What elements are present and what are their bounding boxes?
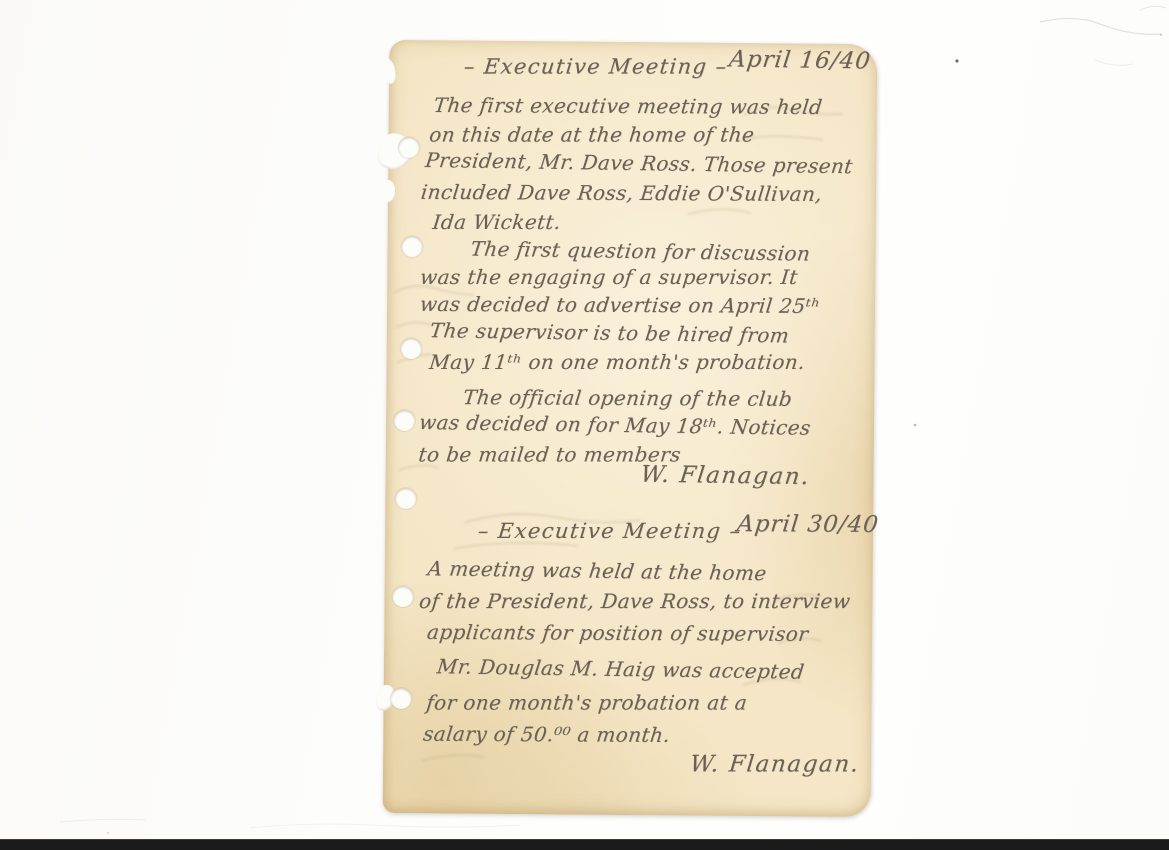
meeting-heading: – Executive Meeting – bbox=[477, 518, 743, 544]
paper-sheet: – Executive Meeting – April 16/40 The fi… bbox=[383, 40, 878, 817]
minutes-line: Mr. Douglas M. Haig was accepted bbox=[435, 653, 805, 684]
signature: W. Flanagan. bbox=[689, 751, 861, 777]
punch-hole bbox=[401, 338, 422, 359]
minutes-line: The first question for discussion bbox=[469, 236, 812, 267]
torn-edge bbox=[380, 57, 398, 85]
punch-hole bbox=[391, 688, 412, 709]
minutes-line: on this date at the home of the bbox=[428, 122, 756, 148]
minutes-line: applicants for position of supervisor bbox=[426, 619, 810, 647]
minutes-line: The official opening of the club bbox=[462, 384, 794, 412]
punch-hole bbox=[392, 586, 413, 607]
punch-hole bbox=[398, 137, 419, 158]
punch-hole bbox=[394, 410, 415, 431]
minutes-line: was decided on for May 18ᵗʰ. Notices bbox=[418, 409, 813, 441]
minutes-line: The supervisor is to be hired from bbox=[428, 317, 790, 348]
minutes-line: was decided to advertise on April 25ᵗʰ bbox=[419, 291, 822, 319]
minutes-line: included Dave Ross, Eddie O'Sullivan, bbox=[420, 179, 824, 207]
minutes-line: Ida Wickett. bbox=[431, 209, 562, 235]
meeting-date: April 16/40 bbox=[728, 46, 873, 74]
punch-hole bbox=[401, 236, 422, 257]
minutes-line: President, Mr. Dave Ross. Those present bbox=[424, 147, 854, 179]
punch-hole bbox=[395, 488, 416, 509]
scanner-edge-bar bbox=[0, 839, 1169, 850]
meeting-date: April 30/40 bbox=[736, 511, 881, 538]
scanned-page: – Executive Meeting – April 16/40 The fi… bbox=[0, 0, 1169, 850]
minutes-line: salary of 50.⁰⁰ a month. bbox=[422, 721, 672, 748]
minutes-line: of the President, Dave Ross, to intervie… bbox=[418, 588, 852, 614]
minutes-line: May 11ᵗʰ on one month's probation. bbox=[428, 349, 806, 375]
meeting-heading: – Executive Meeting – bbox=[463, 54, 729, 80]
minutes-line: The first executive meeting was held bbox=[432, 92, 823, 120]
signature: W. Flanagan. bbox=[639, 462, 812, 490]
torn-edge bbox=[381, 180, 395, 202]
minutes-line: was the engaging of a supervisor. It bbox=[419, 264, 799, 290]
minutes-line: A meeting was held at the home bbox=[426, 555, 768, 586]
minutes-line: for one month's probation at a bbox=[425, 690, 749, 716]
